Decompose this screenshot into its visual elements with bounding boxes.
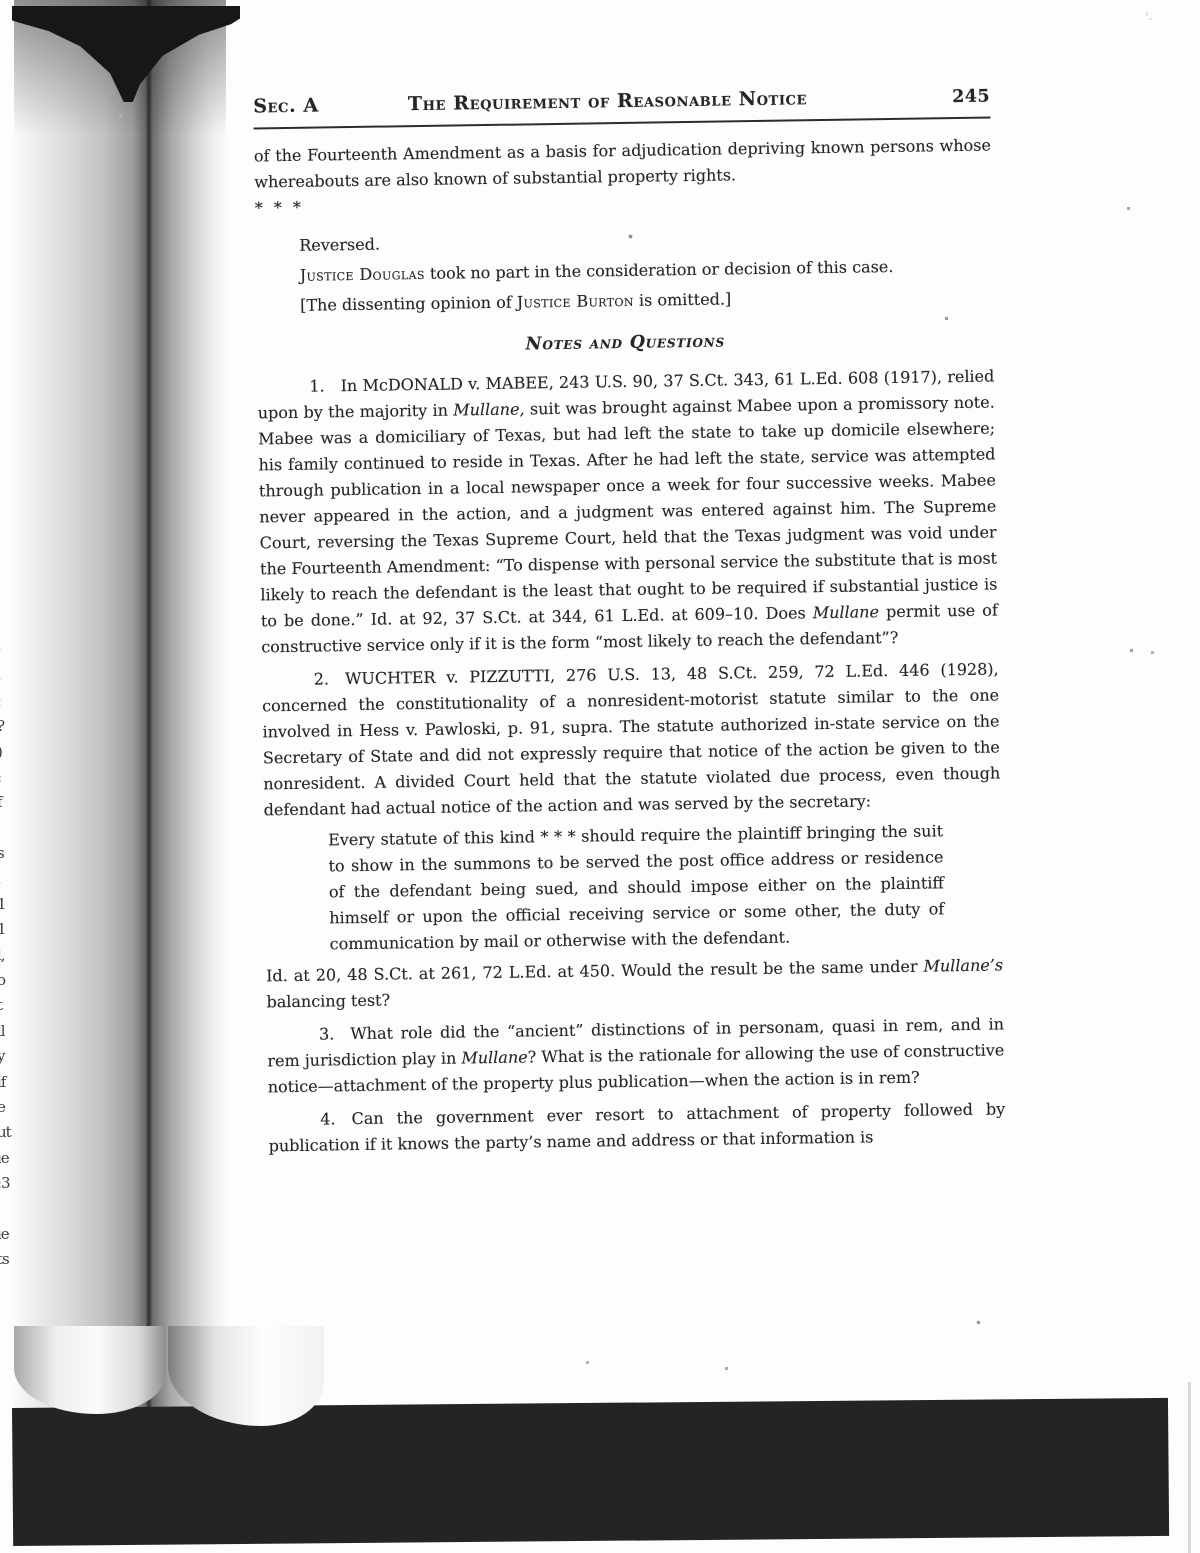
citation-after-quote: Id. at 20, 48 S.Ct. at 261, 72 L.Ed. at … [266,952,1004,1015]
page-text-column: Sec. A The Requirement of Reasonable Not… [253,83,1006,1160]
margin-fragment: t [0,993,20,1018]
margin-fragment [0,816,20,841]
margin-fragment: : [0,765,20,790]
margin-fragment: ts [0,1247,20,1272]
notes-and-questions-heading: Notes and Questions [257,325,994,362]
margin-fragment: ? [0,714,20,739]
margin-fragment: ie [0,1222,20,1247]
scanned-book-page: ·,ː?):fs,11l,otllyifeutie:3iets Sec. A T… [0,0,1200,1553]
text-run: 4. Can the government ever resort to att… [269,1099,1006,1155]
scan-smudge-top-right: ˈ· [1143,9,1154,28]
text-run: Justice Douglas [300,264,425,285]
section-label: Sec. A [253,92,319,119]
book-gutter-shadow [14,0,226,1408]
scan-black-bottom-band [12,1398,1169,1546]
text-run: Mullane [461,1048,528,1068]
margin-fragment: e [0,1095,20,1120]
note-4: 4. Can the government ever resort to att… [268,1096,1006,1159]
block-quote: Every statute of this kind * * * should … [328,818,945,957]
text-run: Mullane [813,602,880,622]
margin-fragment: , [0,867,20,892]
paragraph-justice-burton: [The dissenting opinion of Justice Burto… [256,283,993,320]
note-2: 2. WUCHTER v. PIZZUTTI, 276 U.S. 13, 48 … [262,656,1001,823]
margin-fragment: o [0,968,20,993]
text-run: is omitted.] [634,289,732,309]
margin-fragment: s [0,841,20,866]
page-header: Sec. A The Requirement of Reasonable Not… [253,83,990,130]
running-title: The Requirement of Reasonable Notice [408,85,808,117]
margin-fragment: · [0,638,20,663]
text-run: [The dissenting opinion of [300,293,517,315]
margin-fragment: , [0,663,20,688]
margin-fragment: f [0,790,20,815]
text-run: Id. at 20, 48 S.Ct. at 261, 72 L.Ed. at … [266,957,924,986]
margin-fragment: ) [0,740,20,765]
scan-right-edge-line [1188,1382,1191,1553]
text-run: 2. WUCHTER v. PIZZUTTI, 276 U.S. 13, 48 … [262,659,1000,819]
note-1: 1. In McDONALD v. MABEE, 243 U.S. 90, 37… [257,364,998,661]
text-run: balancing test? [266,991,390,1012]
scan-specks [0,0,1,1]
margin-fragment: ː [0,689,20,714]
text-run: took no part in the consideration or dec… [425,257,894,283]
margin-fragment: 1 [0,892,20,917]
margin-fragment: :3 [0,1171,20,1196]
text-run: Mullane, [453,399,525,419]
margin-fragment: 1 [0,917,20,942]
margin-fragment: l, [0,943,20,968]
margin-fragment: if [0,1070,20,1095]
margin-fragment [0,1197,20,1222]
margin-fragment: y [0,1044,20,1069]
margin-fragment: ll [0,1019,20,1044]
text-run: suit was brought against Mabee upon a pr… [258,392,998,630]
note-3: 3. What role did the “ancient” distincti… [267,1011,1005,1100]
page-number: 245 [952,84,990,111]
text-run: Justice Burton [517,291,634,312]
left-margin-cut-text: ·,ː?):fs,11l,otllyifeutie:3iets [0,638,20,1273]
margin-fragment: ut [0,1120,20,1145]
text-run: Mullane’s [923,955,1003,975]
margin-fragment: ie [0,1146,20,1171]
